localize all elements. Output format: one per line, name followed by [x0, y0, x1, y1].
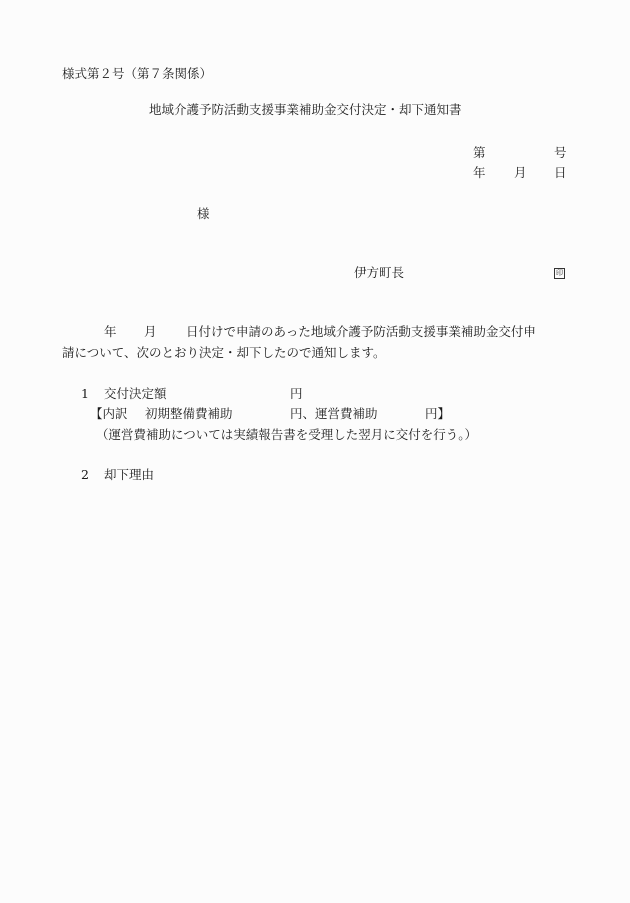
doc-number-suffix: 号: [554, 147, 567, 160]
body-year: 年: [104, 326, 117, 339]
date-day: 日: [554, 167, 567, 180]
document-title: 地域介護予防活動支援事業補助金交付決定・却下通知書: [149, 104, 462, 117]
item-2-number: 2: [81, 469, 89, 482]
item-1-note: （運営費補助については実績報告書を受理した翌月に交付を行う。）: [96, 429, 477, 442]
date-month: 月: [514, 167, 527, 180]
item-1-number: 1: [81, 388, 89, 401]
item-2-label: 却下理由: [104, 469, 154, 482]
doc-number-prefix: 第: [473, 147, 486, 160]
breakdown-initial-unit: 円、運営費補助: [290, 408, 378, 421]
issuer-name: 伊方町長: [354, 267, 404, 280]
item-1-unit: 円: [290, 388, 303, 401]
recipient-honorific: 様: [197, 208, 210, 221]
item-1-label: 交付決定額: [104, 388, 167, 401]
breakdown-operating-unit: 円】: [425, 408, 450, 421]
breakdown-initial-label: 初期整備費補助: [145, 408, 233, 421]
date-year: 年: [473, 167, 486, 180]
body-line-2: 請について、次のとおり決定・却下したので通知します。: [62, 347, 386, 360]
breakdown-open: 【内訳: [90, 408, 128, 421]
seal-icon: 印: [554, 268, 565, 279]
body-month: 月: [144, 326, 157, 339]
body-line-1: 日付けで申請のあった地域介護予防活動支援事業補助金交付申: [186, 326, 536, 339]
form-number: 様式第２号（第７条関係）: [62, 68, 212, 81]
